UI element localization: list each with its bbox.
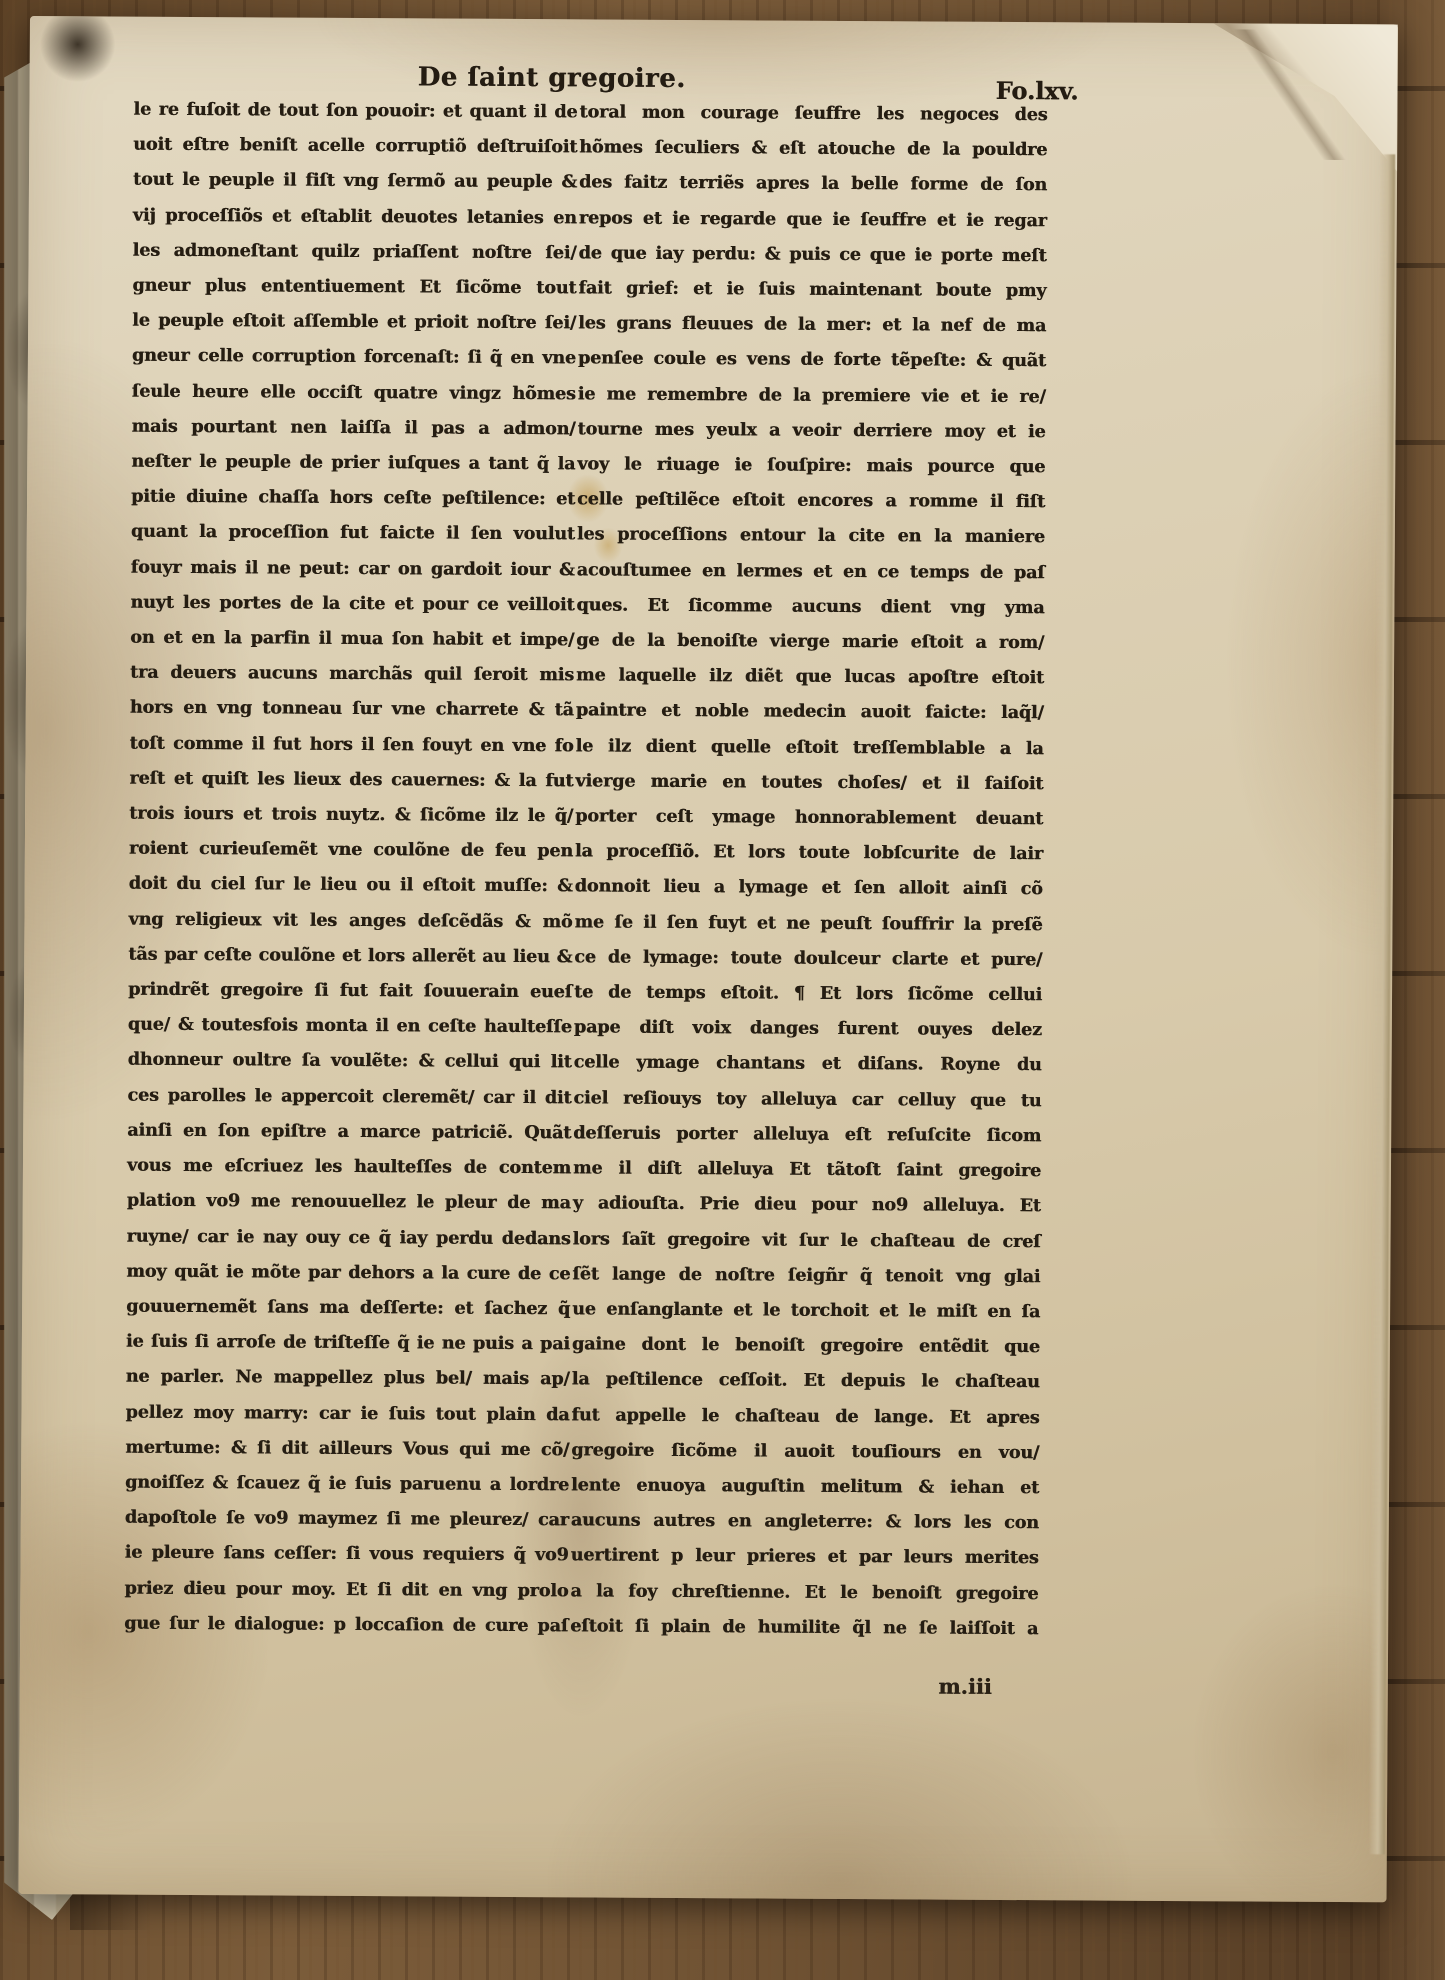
text-line: fait grief: et ie ſuis maintenant boute … [578,271,1046,309]
text-line: la peſtilence ceſſoit. Et depuis le chaſ… [572,1363,1040,1401]
text-line: des faitz terriẽs apres la belle forme d… [579,166,1047,204]
text-line: gaine dont le benoiſt gregoire entẽdit q… [572,1327,1040,1365]
text-line: uoit eſtre beniſt acelle corruptiõ deſtr… [133,128,577,166]
text-line: vng religieux vit les anges deſcẽdãs & m… [128,902,572,940]
text-line: aucuns autres en angleterre: & lors les … [571,1503,1039,1541]
text-line: le ilz dient quelle eſtoit treſſemblable… [575,729,1043,767]
text-line: me ſe il ſen fuyt et ne peuſt ſouffrir l… [574,905,1042,943]
text-line: paintre et noble medecin auoit faicte: l… [576,694,1044,732]
text-line: celle ymage chantans et diſans. Royne du [574,1046,1042,1084]
text-line: ie pleure ſans ceſſer: ſi vous requiers … [125,1536,569,1574]
text-line: on et en la parfin il mua ſon habit et i… [130,621,574,659]
text-line: gneur celle corruption forcenaſt: ſi q̃ … [132,339,576,377]
text-line: lors ſaĩt gregoire vit ſur le chaſteau d… [572,1222,1040,1260]
text-line: tra deuers aucuns marchãs quil ſeroit mi… [130,656,574,694]
text-line: eſtoit ſi plain de humilite q̃l ne ſe la… [570,1609,1038,1647]
text-line: deſſeruis porter alleluya eſt reſuſcite … [573,1116,1041,1154]
text-line: me il diſt alleluya Et tãtoſt ſaint greg… [573,1151,1041,1189]
text-line: toſt comme il fut hors il ſen fouyt en v… [129,726,573,764]
text-line: ainſi en ſon epiſtre a marce patriciẽ. Q… [127,1114,571,1152]
text-line: trois iours et trois nuytz. & ſicõme ilz… [129,797,573,835]
corner-crease [1189,29,1390,160]
text-line: neſter le peuple de prier iuſques a tant… [131,445,575,483]
text-line: priez dieu pour moy. Et ſi dit en vng pr… [124,1571,568,1609]
text-line: ques. Et ſicomme aucuns dient vng yma [576,588,1044,626]
text-line: mais pourtant nen laiſſa il pas a admon/ [131,409,575,447]
text-line: tout le peuple il fiſt vng ſermõ au peup… [133,163,577,201]
text-line: ge de la benoiſte vierge marie eſtoit a … [576,623,1044,661]
book-page: De ſaint gregoire. Fo.lxv. le re fuſoit … [19,16,1398,1902]
text-column-right: toral mon courage ſeuffre les negoces de… [570,95,1047,1647]
text-line: de que iay perdu: & puis ce que ie porte… [578,236,1046,274]
text-line: gregoire ſicõme il auoit touſiours en vo… [571,1433,1039,1471]
text-line: prindrẽt gregoire ſi fut fait ſouuerain … [128,973,572,1011]
text-line: pitie diuine chaſſa hors ceſte peſtilenc… [131,480,575,518]
text-line: ruyne/ car ie nay ouy ce q̃ iay perdu de… [126,1219,570,1257]
running-title: De ſaint gregoire. [418,62,686,94]
text-line: ſẽt lange de noſtre ſeigñr q̃ tenoit vng… [572,1257,1040,1295]
text-line: acouſtumee en lermes et en ce temps de p… [577,553,1045,591]
text-line: vierge marie en toutes choſes/ et il fai… [575,764,1043,802]
text-line: reſt et quiſt les lieux des cauernes: & … [129,761,573,799]
text-line: celle peſtilẽce eſtoit encores a romme i… [577,483,1045,521]
text-line: pape diſt voix danges furent ouyes delez [574,1011,1042,1049]
text-line: ces parolles le appercoit cleremẽt/ car … [127,1078,571,1116]
text-line: vij proceſſiõs et eſtablit deuotes letan… [133,198,577,236]
text-line: me laquelle ilz diẽt que lucas apoſtre e… [576,659,1044,697]
text-line: toral mon courage ſeuffre les negoces de… [579,95,1047,133]
text-line: dapoſtole ſe vo9 maymez ſi me pleurez/ c… [125,1501,569,1539]
text-line: ie ſuis ſi arroſe de triſteſſe q̃ ie ne … [126,1325,570,1363]
text-line: hors en vng tonneau ſur vne charrete & t… [130,691,574,729]
text-line: doit du ciel ſur le lieu ou il eſtoit mu… [129,867,573,905]
text-line: porter ceſt ymage honnorablement deuant [575,799,1043,837]
text-line: pellez moy marry: car ie ſuis tout plain… [125,1395,569,1433]
text-line: la proceſſiõ. Et lors toute lobſcurite d… [575,835,1043,873]
signature-mark: m.iii [842,1673,992,1699]
text-line: roient curieuſemẽt vne coulõne de feu pe… [129,832,573,870]
text-line: hõmes ſeculiers & eſt atouche de la poul… [579,131,1047,169]
text-line: voy le riuage ie ſouſpire: mais pource q… [577,447,1045,485]
text-line: dhonneur oultre ſa voulẽte: & cellui qui… [128,1043,572,1081]
text-line: repos et ie regarde que ie ſeuffre et ie… [579,201,1047,239]
text-line: gouuernemẽt ſans ma deſſerte: et ſachez … [126,1290,570,1328]
text-line: fouyr mais il ne peut: car on gardoit io… [131,550,575,588]
text-line: ce de lymage: toute doulceur clarte et p… [574,940,1042,978]
text-line: tãs par ceſte coulõne et lors allerẽt au… [128,937,572,975]
text-line: tourne mes yeulx a veoir derriere moy et… [577,412,1045,450]
text-line: penſee coule es vens de forte tẽpeſte: &… [578,342,1046,380]
book-photo: De ſaint gregoire. Fo.lxv. le re fuſoit … [0,0,1445,1980]
text-line: te de temps eſtoit. ¶ Et lors ſicõme cel… [574,975,1042,1013]
text-line: que/ & toutesfois monta il en ceſte haul… [128,1008,572,1046]
text-line: gnoiſſez & ſcauez q̃ ie ſuis paruenu a l… [125,1466,569,1504]
text-line: plation vo9 me renouuellez le pleur de m… [127,1184,571,1222]
text-line: mertume: & ſi dit ailleurs Vous qui me c… [125,1430,569,1468]
text-line: ſeule heure elle occiſt quatre vingz hõm… [132,374,576,412]
text-line: vous me eſcriuez les haulteſſes de conte… [127,1149,571,1187]
text-line: ciel reſiouys toy alleluya car celluy qu… [573,1081,1041,1119]
text-line: gue ſur le dialogue: p loccaſion de cure… [124,1606,568,1644]
text-line: les grans fleuues de la mer: et la nef d… [578,307,1046,345]
text-line: le peuple eſtoit aſſemble et prioit noſt… [132,304,576,342]
text-line: quant la proceſſion fut faicte il ſen vo… [131,515,575,553]
text-line: ue enſanglante et le torchoit et le miſt… [572,1292,1040,1330]
text-line: les admoneſtant quilz priaſſent noſtre ſ… [132,233,576,271]
text-line: a la foy chreſtienne. Et le benoiſt greg… [570,1574,1038,1612]
text-line: gneur plus ententiuement Et ſicõme tout [132,269,576,307]
text-line: ie me remembre de la premiere vie et ie … [578,377,1046,415]
text-line: lente enuoya auguſtin melitum & iehan et [571,1468,1039,1506]
text-line: nuyt les portes de la cite et pour ce ve… [130,585,574,623]
text-line: donnoit lieu a lymage et ſen alloit ainſ… [575,870,1043,908]
text-line: ne parler. Ne mappellez plus bel/ mais a… [126,1360,570,1398]
text-line: le re fuſoit de tout ſon pouoir: et quan… [133,93,577,131]
text-line: uertirent p leur prieres et par leurs me… [570,1539,1038,1577]
text-line: les proceſſions entour la cite en la man… [577,518,1045,556]
text-line: fut appelle le chaſteau de lange. Et apr… [571,1398,1039,1436]
text-column-left: le re fuſoit de tout ſon pouoir: et quan… [124,93,577,1645]
text-line: y adiouſta. Prie dieu pour no9 alleluya.… [573,1187,1041,1225]
text-line: moy quãt ie mõte par dehors a la cure de… [126,1254,570,1292]
